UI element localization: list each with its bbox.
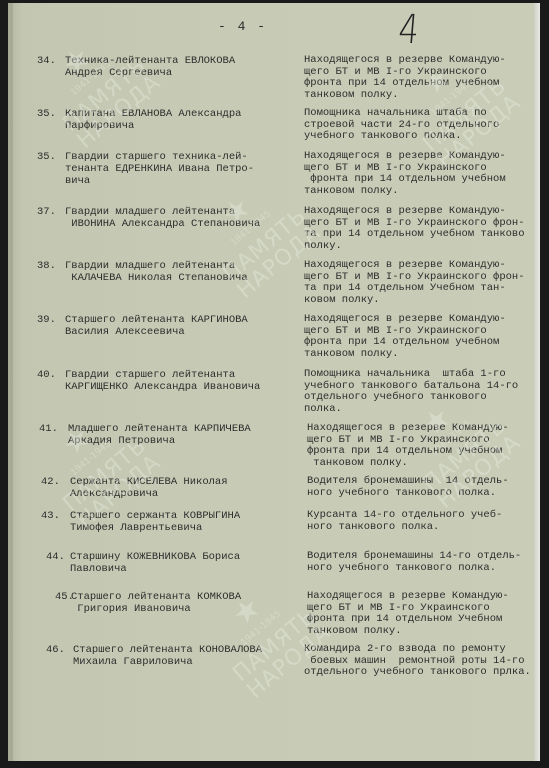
entry-description: Помощника начальника штаба по строевой ч…	[304, 108, 540, 143]
page-edge-left	[8, 3, 13, 761]
entry-description: Водителя бронемашины 14 отдель- ного уче…	[307, 476, 540, 499]
entry-description: Находящегося в резерве Командую- щего БТ…	[307, 591, 540, 637]
entry-number: 44.	[46, 551, 65, 563]
document-page: - 4 - 4 34.Техника-лейтенанта ЕВЛОКОВА А…	[8, 3, 540, 761]
entry-description: Находящегося в резерве Командую- щего БТ…	[304, 206, 540, 252]
entry-name: Сержанта КИСЕЛЕВА Николая Александровича	[70, 476, 305, 500]
entry-name: Техника-лейтенанта ЕВЛОКОВА Андрея Серге…	[65, 55, 300, 79]
entry-number: 35.	[37, 151, 56, 163]
entry-name: Младшего лейтенанта КАРПИЧЕВА Аркадия Пе…	[68, 423, 303, 447]
entry-number: 42.	[41, 476, 60, 488]
entry-description: Находящегося в резерве Командую- щего БТ…	[304, 55, 540, 101]
entry-number: 35.	[37, 108, 56, 120]
entry-name: Капитана ЕВЛАНОВА Александра Парфировича	[65, 108, 300, 132]
entry-name: Гвардии младшего лейтенанта КАЛАЧЕВА Ник…	[65, 260, 300, 284]
entry-description: Водителя бронемашины 14-го отдель- ного …	[307, 551, 540, 574]
entry-name: Старшего лейтенанта КОНОВАЛОВА Михаила Г…	[73, 644, 308, 668]
entry-number: 38.	[37, 260, 56, 272]
entry-name: Гвардии старшего техника-лей- тенанта ЕД…	[65, 151, 300, 187]
entry-number: 43.	[41, 510, 60, 522]
watermark: ★1941-1945ПАМЯТЬНАРОДА	[31, 21, 164, 153]
entry-description: Курсанта 14-го отдельного учеб- ного тан…	[307, 510, 540, 533]
entry-number: 39.	[37, 314, 56, 326]
entry-description: Находящегося в резерве Командую- щего БТ…	[307, 423, 540, 469]
entry-name: Старшего лейтенанта КАРГИНОВА Василия Ал…	[65, 314, 300, 338]
entry-name: Старшего сержанта КОВРЫГИНА Тимофея Лавр…	[70, 510, 305, 534]
entry-number: 34.	[37, 55, 56, 67]
entry-number: 41.	[39, 423, 58, 435]
entry-description: Находящегося в резерве Командую- щего БТ…	[304, 314, 540, 360]
entry-description: Находящегося в резерве Командую- щего БТ…	[304, 151, 540, 197]
entry-name: Старшину КОЖЕВНИКОВА Бориса Павловича	[70, 551, 305, 575]
entry-name: Старшего лейтенанта КОМКОВА Григория Ива…	[71, 591, 306, 615]
entry-name: Гвардии старшего лейтенанта КАРГИЩЕНКО А…	[65, 369, 300, 393]
handwritten-page-mark: 4	[397, 7, 421, 53]
entry-description: Командира 2-го взвода по ремонту боевых …	[304, 644, 540, 679]
entry-description: Помощника начальника штаба 1-го учебного…	[304, 369, 540, 415]
entry-number: 40.	[37, 369, 56, 381]
entry-number: 37.	[37, 206, 56, 218]
page-number: - 4 -	[218, 19, 267, 34]
entry-name: Гвардии младшего лейтенанта ИВОНИНА Алек…	[65, 206, 300, 230]
entry-number: 46.	[46, 644, 65, 656]
entry-description: Находящегося в резерве Командую- щего БТ…	[304, 260, 540, 306]
